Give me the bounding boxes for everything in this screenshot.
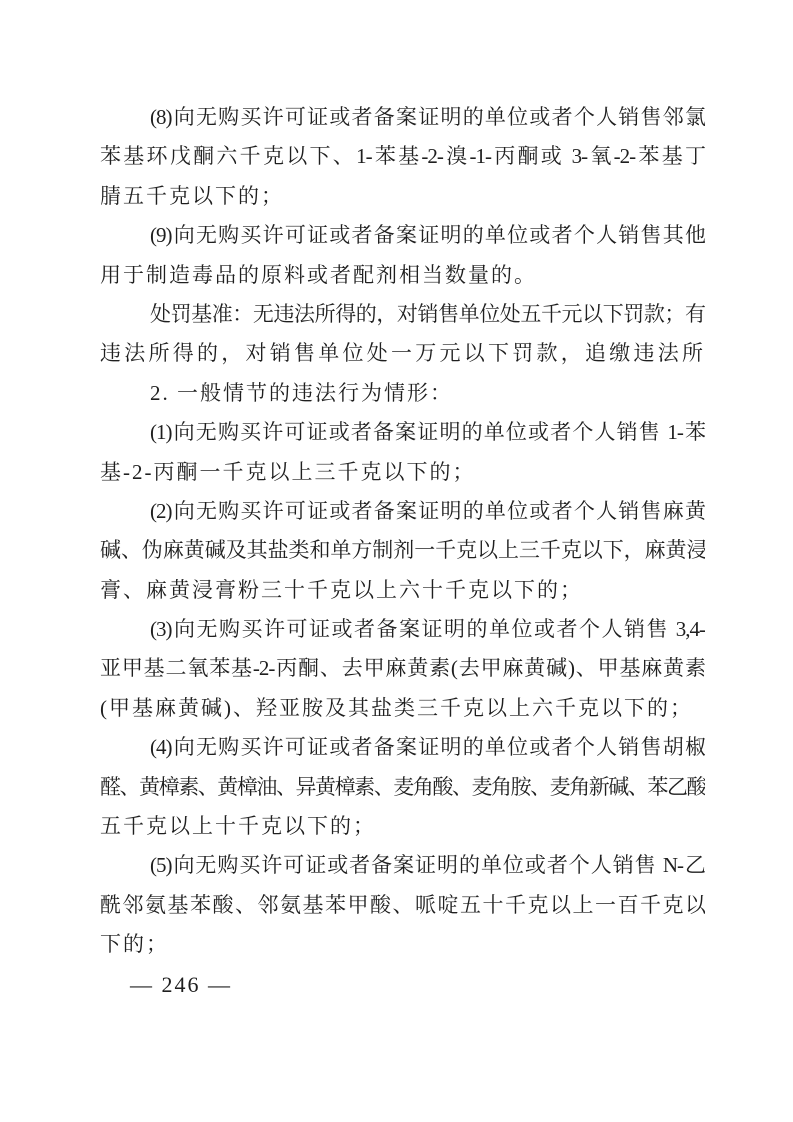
text-line: 苯基环戊酮六千克以下、1-苯基-2-溴-1-丙酮或 3-氧-2-苯基丁 — [100, 137, 705, 176]
paragraph-penalty-standard: 处罚基准：无违法所得的，对销售单位处五千元以下罚款；有 违法所得的，对销售单位处… — [100, 295, 705, 374]
text-line: 用于制造毒品的原料或者配剂相当数量的。 — [100, 256, 705, 295]
text-line: (甲基麻黄碱)、羟亚胺及其盐类三千克以上六千克以下的； — [100, 689, 705, 728]
paragraph-item-9: (9)向无购买许可证或者备案证明的单位或者个人销售其他 用于制造毒品的原料或者配… — [100, 216, 705, 295]
page-number: — 246 — — [130, 972, 232, 997]
text-line: 五千克以上十千克以下的； — [100, 807, 705, 846]
text-line: (3)向无购买许可证或者备案证明的单位或者个人销售 3,4- — [100, 610, 705, 649]
text-line: (8)向无购买许可证或者备案证明的单位或者个人销售邻氯 — [100, 98, 705, 137]
text-line: 下的； — [100, 925, 705, 964]
text-line: 基-2-丙酮一千克以上三千克以下的； — [100, 453, 705, 492]
paragraph-section-2-heading: 2. 一般情节的违法行为情形： — [100, 374, 705, 413]
paragraph-item-2: (2)向无购买许可证或者备案证明的单位或者个人销售麻黄 碱、伪麻黄碱及其盐类和单… — [100, 492, 705, 610]
page-body-text: (8)向无购买许可证或者备案证明的单位或者个人销售邻氯 苯基环戊酮六千克以下、1… — [100, 98, 705, 965]
text-line: 2. 一般情节的违法行为情形： — [100, 374, 705, 413]
paragraph-item-8: (8)向无购买许可证或者备案证明的单位或者个人销售邻氯 苯基环戊酮六千克以下、1… — [100, 98, 705, 216]
paragraph-item-1: (1)向无购买许可证或者备案证明的单位或者个人销售 1-苯 基-2-丙酮一千克以… — [100, 413, 705, 492]
text-line: 违法所得的，对销售单位处一万元以下罚款，追缴违法所得。 — [100, 334, 705, 373]
paragraph-item-3: (3)向无购买许可证或者备案证明的单位或者个人销售 3,4- 亚甲基二氧苯基-2… — [100, 610, 705, 728]
text-line: 亚甲基二氧苯基-2-丙酮、去甲麻黄素(去甲麻黄碱)、甲基麻黄素 — [100, 649, 705, 688]
text-line: (1)向无购买许可证或者备案证明的单位或者个人销售 1-苯 — [100, 413, 705, 452]
paragraph-item-4: (4)向无购买许可证或者备案证明的单位或者个人销售胡椒 醛、黄樟素、黄樟油、异黄… — [100, 728, 705, 846]
text-line: (4)向无购买许可证或者备案证明的单位或者个人销售胡椒 — [100, 728, 705, 767]
text-line: 碱、伪麻黄碱及其盐类和单方制剂一千克以上三千克以下，麻黄浸 — [100, 531, 705, 570]
page-footer: — 246 — — [130, 970, 232, 1000]
paragraph-item-5: (5)向无购买许可证或者备案证明的单位或者个人销售 N-乙 酰邻氨基苯酸、邻氨基… — [100, 846, 705, 964]
text-line: (9)向无购买许可证或者备案证明的单位或者个人销售其他 — [100, 216, 705, 255]
text-line: 腈五千克以下的； — [100, 177, 705, 216]
text-line: 酰邻氨基苯酸、邻氨基苯甲酸、哌啶五十千克以上一百千克以 — [100, 886, 705, 925]
text-line: (5)向无购买许可证或者备案证明的单位或者个人销售 N-乙 — [100, 846, 705, 885]
text-line: 醛、黄樟素、黄樟油、异黄樟素、麦角酸、麦角胺、麦角新碱、苯乙酸 — [100, 768, 705, 807]
text-line: 处罚基准：无违法所得的，对销售单位处五千元以下罚款；有 — [100, 295, 705, 334]
text-line: (2)向无购买许可证或者备案证明的单位或者个人销售麻黄 — [100, 492, 705, 531]
text-line: 膏、麻黄浸膏粉三十千克以上六十千克以下的； — [100, 571, 705, 610]
document-page: (8)向无购买许可证或者备案证明的单位或者个人销售邻氯 苯基环戊酮六千克以下、1… — [0, 0, 793, 1122]
